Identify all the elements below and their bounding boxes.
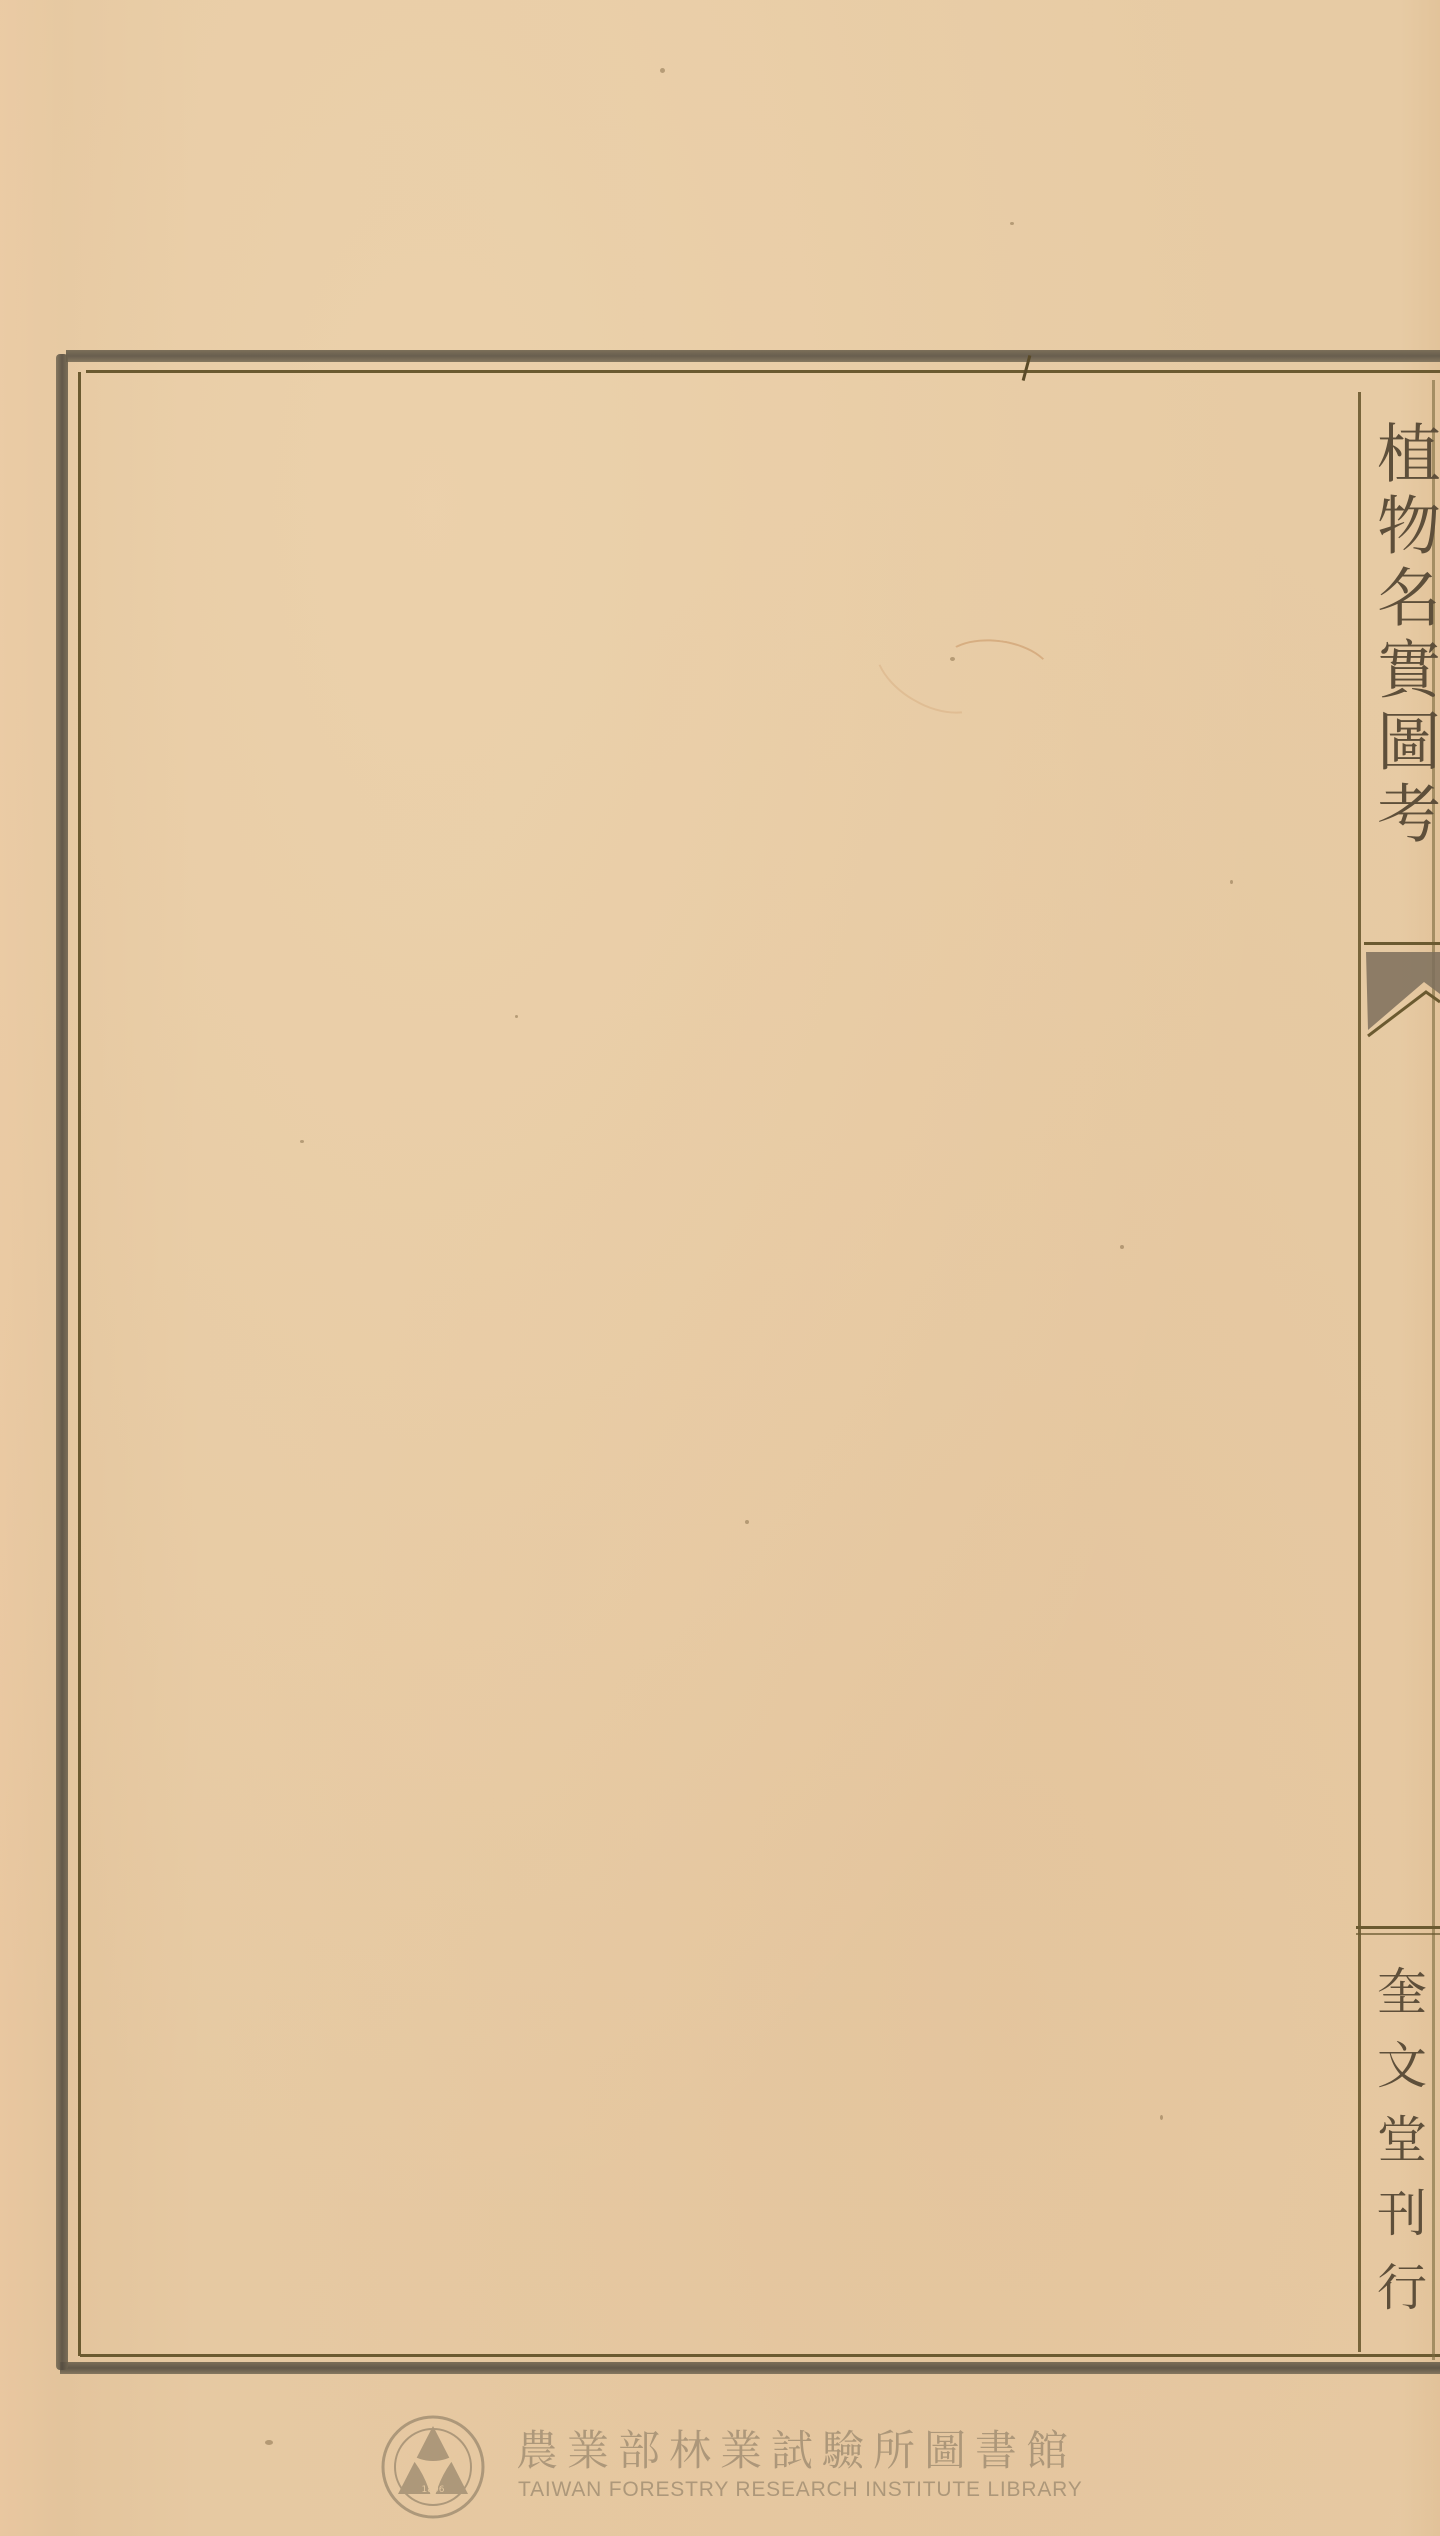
institute-seal-icon: 1896	[378, 2412, 488, 2522]
svg-text:1896: 1896	[422, 2485, 445, 2495]
frame-inner-bottom-border	[80, 2354, 1440, 2357]
frame-outer-bottom-border	[60, 2362, 1440, 2374]
paper-speck	[515, 1015, 518, 1018]
library-name-chinese: 農業部林業試驗所圖書館	[516, 2418, 1077, 2478]
library-name-english: TAIWAN FORESTRY RESEARCH INSTITUTE LIBRA…	[518, 2478, 1083, 2502]
library-watermark: 1896 農業部林業試驗所圖書館 TAIWAN FORESTRY RESEARC…	[378, 2412, 1078, 2522]
paper-speck	[1120, 1245, 1124, 1249]
publisher-rule-double	[1356, 1933, 1440, 1935]
paper-speck	[1160, 2115, 1163, 2120]
paper-speck	[745, 1520, 749, 1524]
frame-inner-left-border	[78, 372, 81, 2356]
paper-background	[0, 0, 1440, 2536]
book-title-vertical: 植物名實圖考	[1366, 420, 1440, 852]
paper-speck	[1230, 880, 1233, 884]
publisher-imprint-vertical: 奎文堂刊行	[1356, 1965, 1440, 2335]
frame-inner-top-border	[86, 370, 1440, 373]
fishtail-icon	[1364, 952, 1440, 1042]
paper-speck	[265, 2440, 273, 2445]
paper-speck	[300, 1140, 304, 1143]
paper-speck	[1010, 222, 1014, 225]
frame-outer-top-border	[66, 350, 1440, 362]
publisher-rule	[1356, 1926, 1440, 1929]
frame-outer-left-border	[56, 354, 68, 2370]
fishtail-rule	[1364, 942, 1440, 945]
paper-speck	[660, 68, 665, 73]
